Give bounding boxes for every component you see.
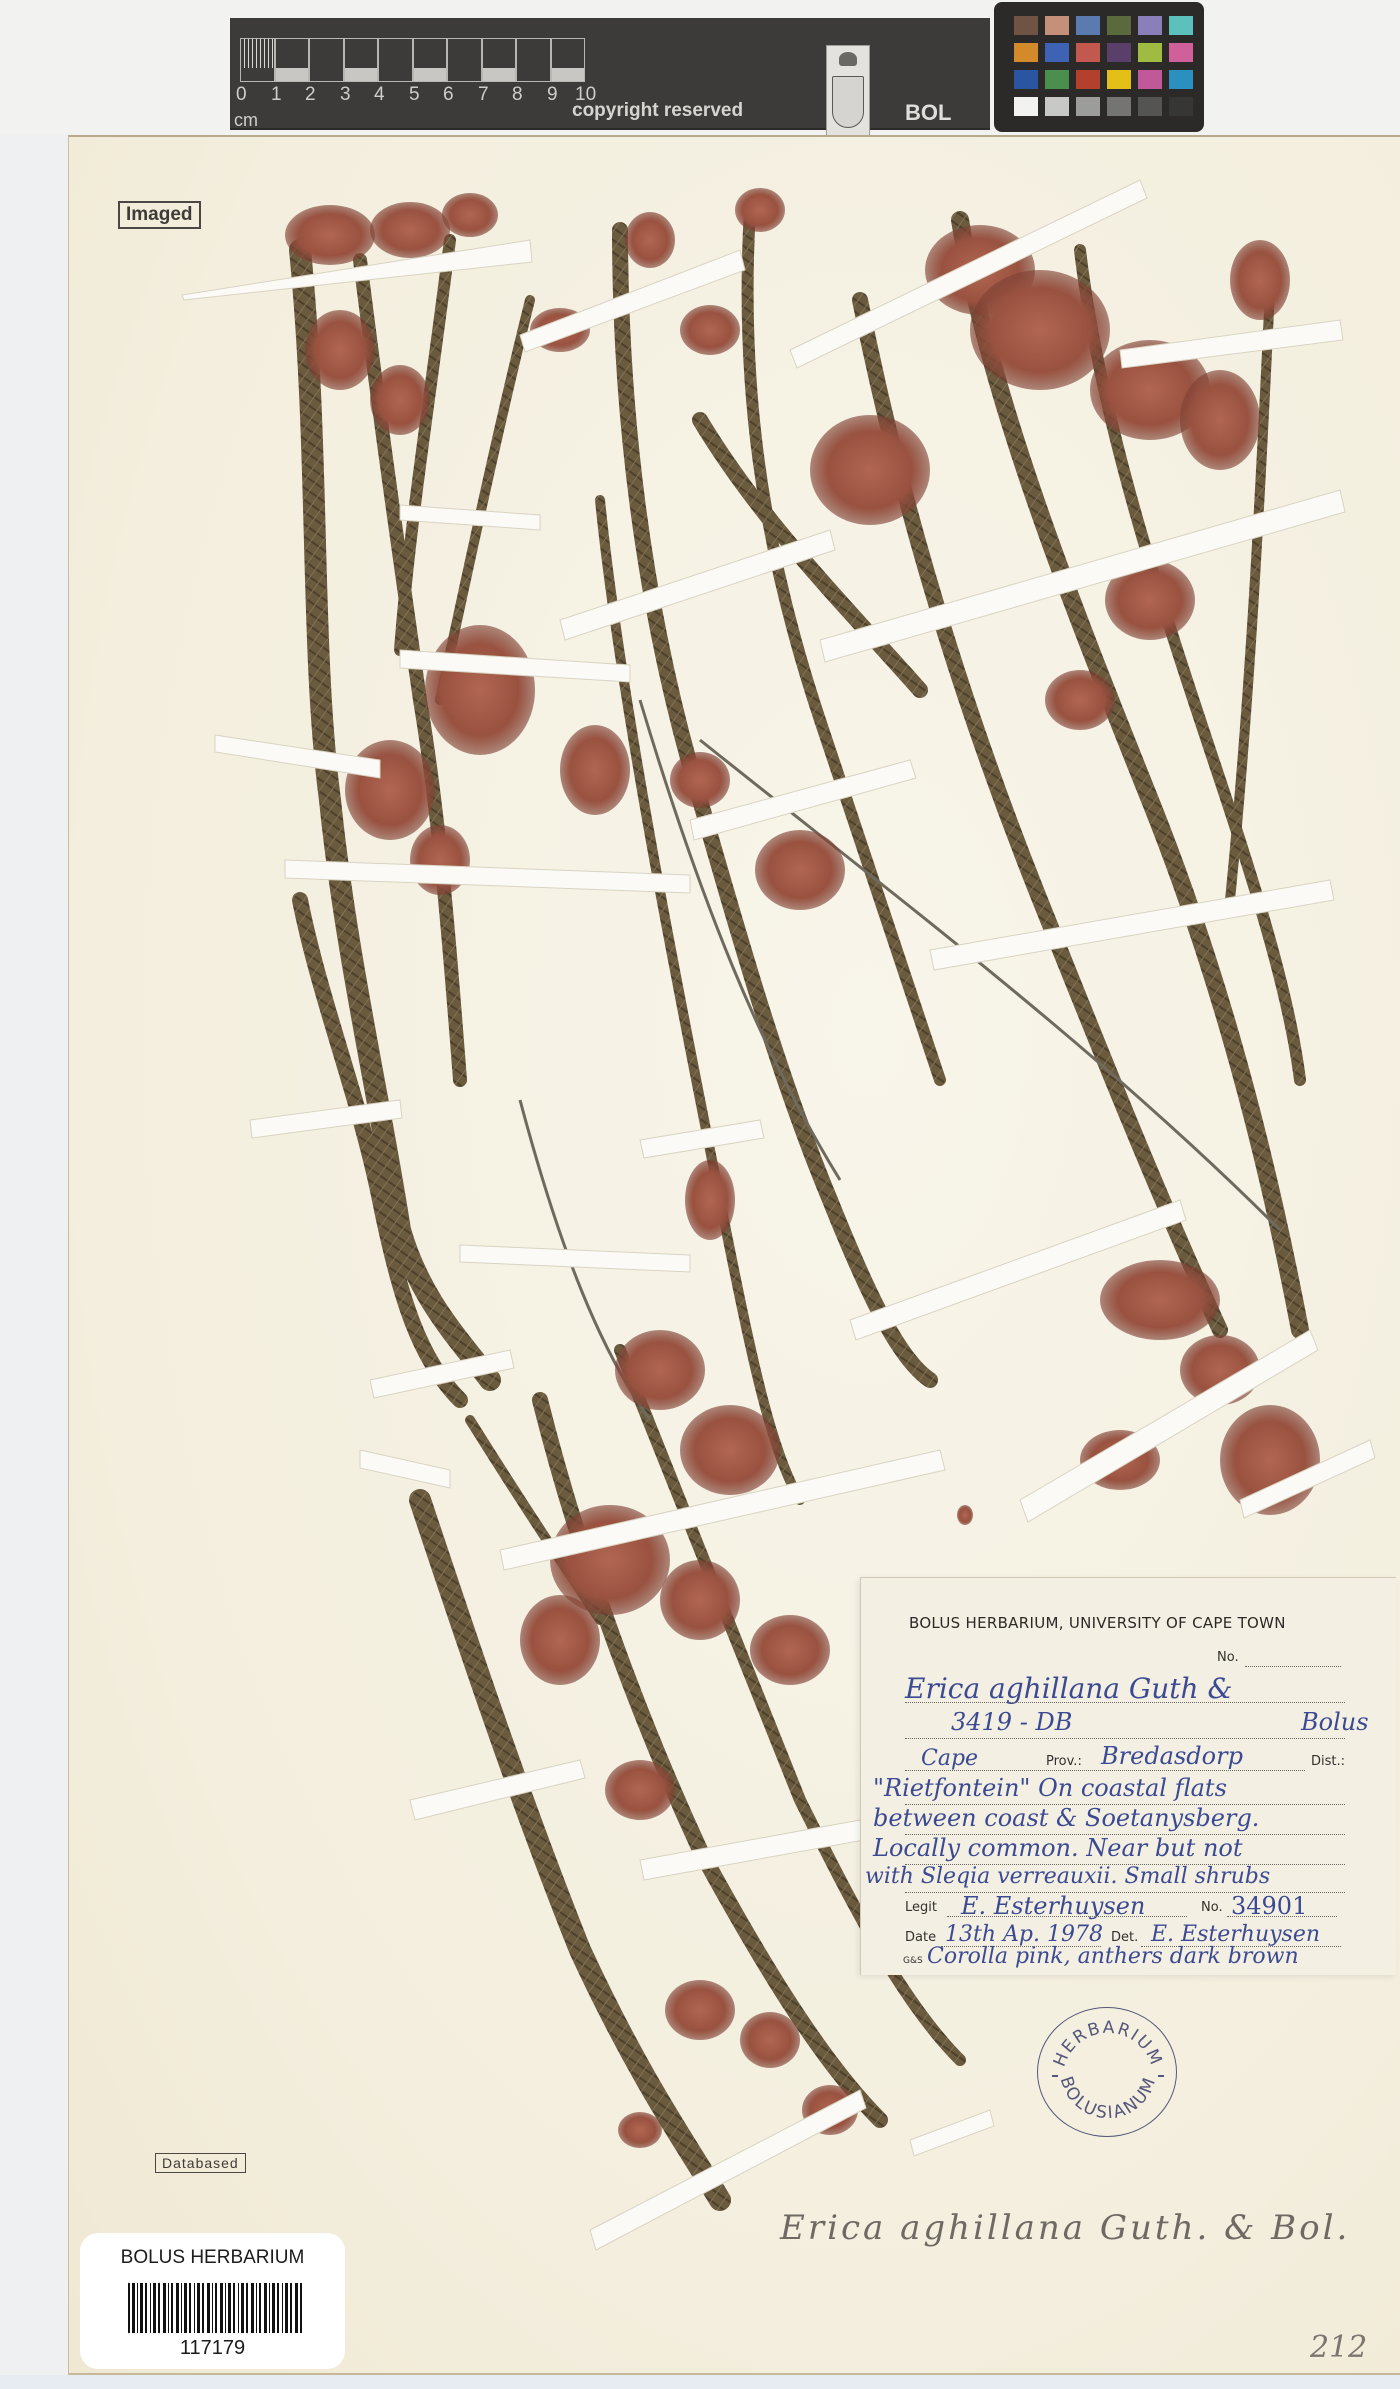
color-swatch	[1076, 70, 1100, 89]
color-swatch	[1169, 70, 1193, 89]
locality-line: Locally common. Near but not	[873, 1834, 1243, 1862]
collection-label: BOLUS HERBARIUM, UNIVERSITY OF CAPE TOWN…	[860, 1577, 1396, 1975]
ruler-number: 8	[512, 84, 523, 106]
scanner-background-bottom	[0, 2375, 1400, 2389]
ruler-number: 4	[374, 84, 385, 106]
province-value: Cape	[921, 1746, 978, 1771]
district-label: Dist.:	[1311, 1754, 1345, 1769]
taxon-name: Erica aghillana Guth &	[905, 1672, 1232, 1705]
imaged-stamp: Imaged	[118, 201, 201, 229]
notes-value: Corolla pink, anthers dark brown	[927, 1944, 1299, 1969]
stamp-top-text: HERBARIUM	[1050, 2018, 1167, 2070]
ruler-number: 3	[340, 84, 351, 106]
barcode-title: BOLUS HERBARIUM	[80, 2247, 345, 2269]
color-swatch	[1138, 70, 1162, 89]
locality-line: with Sleqia verreauxii. Small shrubs	[865, 1864, 1270, 1889]
date-label: Date	[905, 1930, 936, 1945]
color-swatch	[1045, 43, 1069, 62]
ruler-number: 2	[305, 84, 316, 106]
herbarium-sheet	[68, 135, 1400, 2375]
ruler-number: 7	[478, 84, 489, 106]
color-swatch	[1169, 97, 1193, 116]
sheet-number: 212	[1310, 2330, 1367, 2365]
stamp-bottom-text: BOLUSIANUM	[1056, 2074, 1161, 2124]
det-label: Det.	[1111, 1930, 1138, 1945]
barcode-icon	[128, 2283, 304, 2333]
color-swatch	[1045, 97, 1069, 116]
herbarium-bolusianum-stamp: HERBARIUM BOLUSIANUM	[1037, 2007, 1177, 2137]
color-swatch	[1014, 16, 1038, 35]
color-swatch	[1107, 43, 1131, 62]
color-swatch	[1076, 16, 1100, 35]
color-swatch	[1014, 43, 1038, 62]
color-swatch	[1138, 43, 1162, 62]
svg-text:HERBARIUM: HERBARIUM	[1050, 2018, 1167, 2070]
scale-ruler: 0 1 2 3 4 5 6 7 8 9 10 cm copyright rese…	[230, 18, 990, 130]
color-swatch	[1138, 97, 1162, 116]
color-swatch	[1014, 70, 1038, 89]
barcode-number: 117179	[80, 2337, 345, 2360]
legit-label: Legit	[905, 1900, 937, 1915]
notes-label: G&S	[903, 1956, 923, 1966]
svg-text:BOLUSIANUM: BOLUSIANUM	[1056, 2074, 1161, 2124]
color-swatch	[1076, 97, 1100, 116]
color-swatch	[1107, 70, 1131, 89]
taxon-authority: Bolus	[1301, 1708, 1369, 1736]
color-swatch	[1138, 16, 1162, 35]
color-swatch	[1076, 43, 1100, 62]
color-swatch	[1169, 16, 1193, 35]
color-swatch	[1107, 97, 1131, 116]
locality-line: between coast & Soetanysberg.	[873, 1804, 1259, 1832]
ruler-unit: cm	[234, 110, 258, 131]
ruler-number: 5	[409, 84, 420, 106]
determination-annotation: Erica aghillana Guth. & Bol.	[780, 2208, 1350, 2248]
barcode-label: BOLUS HERBARIUM 117179	[80, 2233, 345, 2369]
color-checker-card	[994, 2, 1204, 132]
ruler-scale-bar	[240, 38, 585, 82]
district-value: Bredasdorp	[1101, 1742, 1243, 1770]
databased-stamp: Databased	[155, 2153, 246, 2173]
ruler-number: 6	[443, 84, 454, 106]
grid-reference: 3419 - DB	[951, 1708, 1072, 1736]
color-swatch	[1014, 97, 1038, 116]
ruler-number: 9	[547, 84, 558, 106]
label-heading: BOLUS HERBARIUM, UNIVERSITY OF CAPE TOWN	[909, 1614, 1286, 1632]
ruler-number: 0	[236, 84, 247, 106]
catalogue-no-label: No.	[1217, 1650, 1239, 1665]
ruler-number: 1	[271, 84, 282, 106]
color-swatch	[1107, 16, 1131, 35]
institution-code: BOL	[905, 100, 951, 126]
locality-line: "Rietfontein" On coastal flats	[873, 1774, 1227, 1802]
collector-number-label: No.	[1201, 1900, 1223, 1915]
color-swatch	[1045, 16, 1069, 35]
university-crest-icon	[826, 45, 870, 139]
color-swatch	[1169, 43, 1193, 62]
color-swatch	[1045, 70, 1069, 89]
province-label: Prov.:	[1046, 1754, 1082, 1769]
copyright-text: copyright reserved	[572, 100, 743, 122]
